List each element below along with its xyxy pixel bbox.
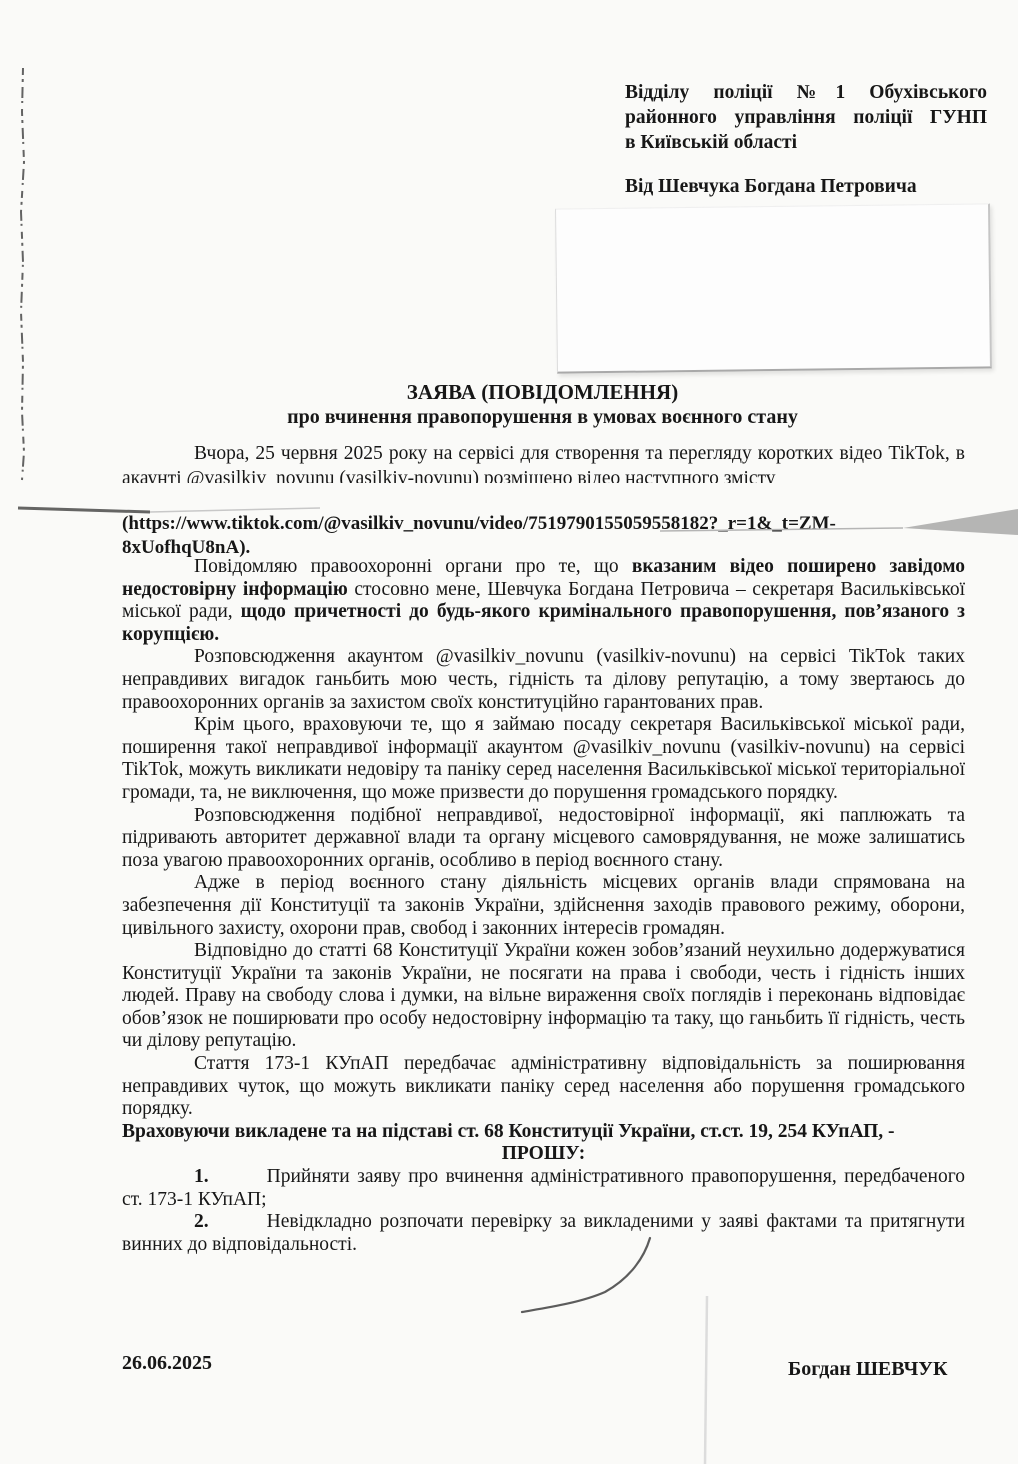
video-url: (https://www.tiktok.com/@vasilkiv_novunu… — [122, 512, 836, 560]
paragraph-constitution: Відповідно до статті 68 Конституції Укра… — [122, 940, 965, 1053]
recipient-block: Відділу поліції №1 Обухівського районног… — [625, 80, 987, 155]
paragraph-position: Крім цього, враховуючи те, що я займаю п… — [122, 714, 965, 804]
paragraph-authority: Розповсюдження подібної неправдивої, нед… — [122, 805, 965, 873]
request-item-2: 2.Невідкладно розпочати перевірку за вик… — [122, 1211, 965, 1256]
paragraph-kupap: Стаття 173-1 КУпАП передбачає адміністра… — [122, 1053, 965, 1121]
paragraph-report: Повідомляю правоохоронні органи про те, … — [122, 556, 965, 646]
request-item-1: 1.Прийняти заяву про вчинення адміністра… — [122, 1166, 965, 1211]
document-body: Повідомляю правоохоронні органи про те, … — [122, 556, 965, 1256]
signature-line: Богдан ШЕВЧУК — [788, 1358, 947, 1381]
recipient-line: районного управління поліції ГУНП — [625, 105, 987, 130]
recipient-line: в Київській області — [625, 130, 987, 155]
paragraph-martial-law: Адже в період воєнного стану діяльність … — [122, 872, 965, 940]
document-subtitle: про вчинення правопорушення в умовах воє… — [120, 406, 965, 429]
from-line: Від Шевчука Богдана Петровича — [625, 176, 917, 198]
intro-paragraph-clipped: Вчора, 25 червня 2025 року на сервісі дл… — [122, 442, 965, 483]
date-line: 26.06.2025 — [122, 1352, 212, 1375]
seam-fold-wedge — [903, 509, 1018, 535]
document-title: ЗАЯВА (ПОВІДОМЛЕННЯ) — [120, 380, 965, 405]
left-edge-artifact — [21, 68, 24, 480]
video-url-line-1: (https://www.tiktok.com/@vasilkiv_novunu… — [122, 512, 836, 536]
recipient-line: Відділу поліції №1 Обухівського — [625, 80, 987, 105]
paragraph-honor: Розповсюдження акаунтом @vasilkiv_novunu… — [122, 646, 965, 714]
redaction-box — [555, 203, 992, 373]
crease-line — [705, 1296, 707, 1464]
intro-paragraph: Вчора, 25 червня 2025 року на сервісі дл… — [122, 442, 965, 483]
legal-basis-line: Враховуючи викладене та на підставі ст. … — [122, 1121, 965, 1144]
request-heading: ПРОШУ: — [122, 1143, 965, 1166]
document-page: Відділу поліції №1 Обухівського районног… — [0, 0, 1018, 1464]
